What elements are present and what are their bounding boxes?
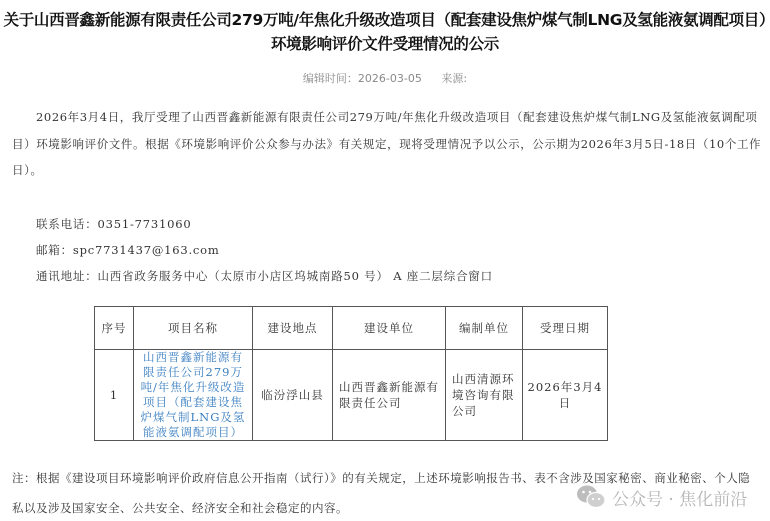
table-header-row: 序号 项目名称 建设地点 建设单位 编制单位 受理日期 <box>95 307 608 350</box>
watermark-text: 公众号 · 焦化前沿 <box>612 485 747 510</box>
source: 来源: <box>441 72 467 85</box>
project-name-link[interactable]: 山西晋鑫新能源有限责任公司279万吨/年焦化升级改造项目（配套建设焦炉煤气制LN… <box>134 350 253 441</box>
header-compiler: 编制单位 <box>446 307 523 350</box>
cell-date: 2026年3月4日 <box>523 350 608 441</box>
watermark: 公众号 · 焦化前沿 <box>576 484 747 510</box>
acceptance-table: 序号 项目名称 建设地点 建设单位 编制单位 受理日期 1 山西晋鑫新能源有限责… <box>94 306 608 441</box>
body-paragraph: 2026年3月4日，我厅受理了山西晋鑫新能源有限责任公司279万吨/年焦化升级改… <box>12 104 764 184</box>
header-date: 受理日期 <box>523 307 608 350</box>
wechat-icon <box>576 484 606 510</box>
table-row: 1 山西晋鑫新能源有限责任公司279万吨/年焦化升级改造项目（配套建设焦炉煤气制… <box>95 350 608 441</box>
cell-index: 1 <box>95 350 134 441</box>
header-builder: 建设单位 <box>333 307 446 350</box>
header-project-name: 项目名称 <box>134 307 253 350</box>
contact-phone: 联系电话：0351-7731060 <box>36 216 191 232</box>
article-meta: 编辑时间：2026-03-05 来源: <box>0 70 770 86</box>
header-location: 建设地点 <box>253 307 333 350</box>
cell-compiler: 山西清源环境咨询有限公司 <box>446 350 523 441</box>
cell-location: 临汾浮山县 <box>253 350 333 441</box>
contact-address: 通讯地址：山西省政务服务中心（太原市小店区坞城南路50 号） A 座二层综合窗口 <box>36 268 493 284</box>
page-title: 关于山西晋鑫新能源有限责任公司279万吨/年焦化升级改造项目（配套建设焦炉煤气制… <box>0 8 770 56</box>
header-index: 序号 <box>95 307 134 350</box>
cell-builder: 山西晋鑫新能源有限责任公司 <box>333 350 446 441</box>
edit-time: 编辑时间：2026-03-05 <box>303 72 422 85</box>
contact-email: 邮箱：spc7731437@163.com <box>36 242 220 258</box>
